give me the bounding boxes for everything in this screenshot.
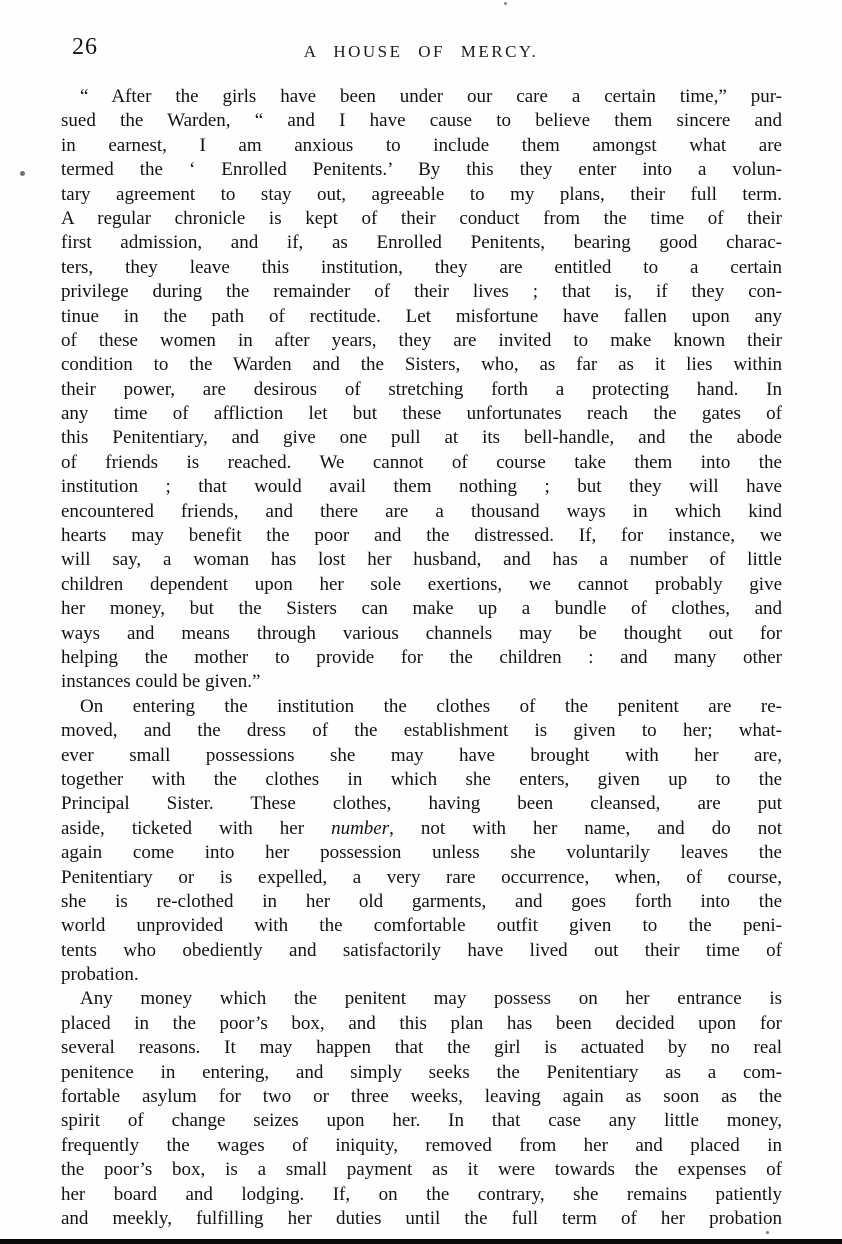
text-line: helping the mother to provide for the ch… [61,646,782,670]
text-line: world unprovided with the comfortable ou… [61,914,782,938]
text-line: her board and lodging. If, on the contra… [61,1183,782,1207]
text-line: frequently the wages of iniquity, remove… [61,1134,782,1158]
text-line: ways and means through various channels … [61,622,782,646]
text-line: Penitentiary or is expelled, a very rare… [61,866,782,890]
text-line: A regular chronicle is kept of their con… [61,207,782,231]
text-line: institution ; that would avail them noth… [61,475,782,499]
text-line: of these women in after years, they are … [61,329,782,353]
text-line: several reasons. It may happen that the … [61,1036,782,1060]
text-line: her money, but the Sisters can make up a… [61,597,782,621]
text-line: privilege during the remainder of their … [61,280,782,304]
text-line: aside, ticketed with her number, not wit… [61,817,782,841]
italic-word: number [331,818,389,839]
text-line: tents who obediently and satisfactorily … [61,939,782,963]
text-line: termed the ‘ Enrolled Penitents.’ By thi… [61,158,782,182]
text-line: tinue in the path of rectitude. Let misf… [61,305,782,329]
paragraph-3: Any money which the penitent may possess… [61,987,782,1231]
scan-speck [766,1231,769,1234]
text-line: first admission, and if, as Enrolled Pen… [61,231,782,255]
text-line: she is re-clothed in her old garments, a… [61,890,782,914]
text-line: sued the Warden, “ and I have cause to b… [61,109,782,133]
text-line: ever small possessions she may have brou… [61,744,782,768]
book-page: 26 A HOUSE OF MERCY. “ After the girls h… [0,0,842,1244]
text-line: spirit of change seizes upon her. In tha… [61,1109,782,1133]
paragraph-1: “ After the girls have been under our ca… [61,85,782,695]
text-line: their power, are desirous of stretching … [61,378,782,402]
scan-speck [504,2,507,5]
text-line: probation. [61,963,782,987]
text-line: instances could be given.” [61,670,782,694]
text-line: of friends is reached. We cannot of cour… [61,451,782,475]
text-line: placed in the poor’s box, and this plan … [61,1012,782,1036]
text-line: penitence in entering, and simply seeks … [61,1061,782,1085]
text-line: hearts may benefit the poor and the dist… [61,524,782,548]
text-line: ters, they leave this institution, they … [61,256,782,280]
text-line: condition to the Warden and the Sisters,… [61,353,782,377]
text-line: children dependent upon her sole exertio… [61,573,782,597]
text-line: will say, a woman has lost her husband, … [61,548,782,572]
text-line: and meekly, fulfilling her duties until … [61,1207,782,1231]
text-line: again come into her possession unless sh… [61,841,782,865]
text-line: moved, and the dress of the establishmen… [61,719,782,743]
text-line: “ After the girls have been under our ca… [61,85,782,109]
scan-speck [20,171,25,176]
text-line: together with the clothes in which she e… [61,768,782,792]
text-line: Principal Sister. These clothes, having … [61,792,782,816]
paragraph-2: On entering the institution the clothes … [61,695,782,988]
text-line: tary agreement to stay out, agreeable to… [61,183,782,207]
text-line: the poor’s box, is a small payment as it… [61,1158,782,1182]
text-block: “ After the girls have been under our ca… [61,85,782,1231]
text-line: any time of affliction let but these unf… [61,402,782,426]
text-line: in earnest, I am anxious to include them… [61,134,782,158]
text-line: this Penitentiary, and give one pull at … [61,426,782,450]
text-line: Any money which the penitent may possess… [61,987,782,1011]
running-title: A HOUSE OF MERCY. [0,42,842,62]
text-line: fortable asylum for two or three weeks, … [61,1085,782,1109]
scan-edge-bar [0,1239,842,1244]
text-line: On entering the institution the clothes … [61,695,782,719]
text-line: encountered friends, and there are a tho… [61,500,782,524]
